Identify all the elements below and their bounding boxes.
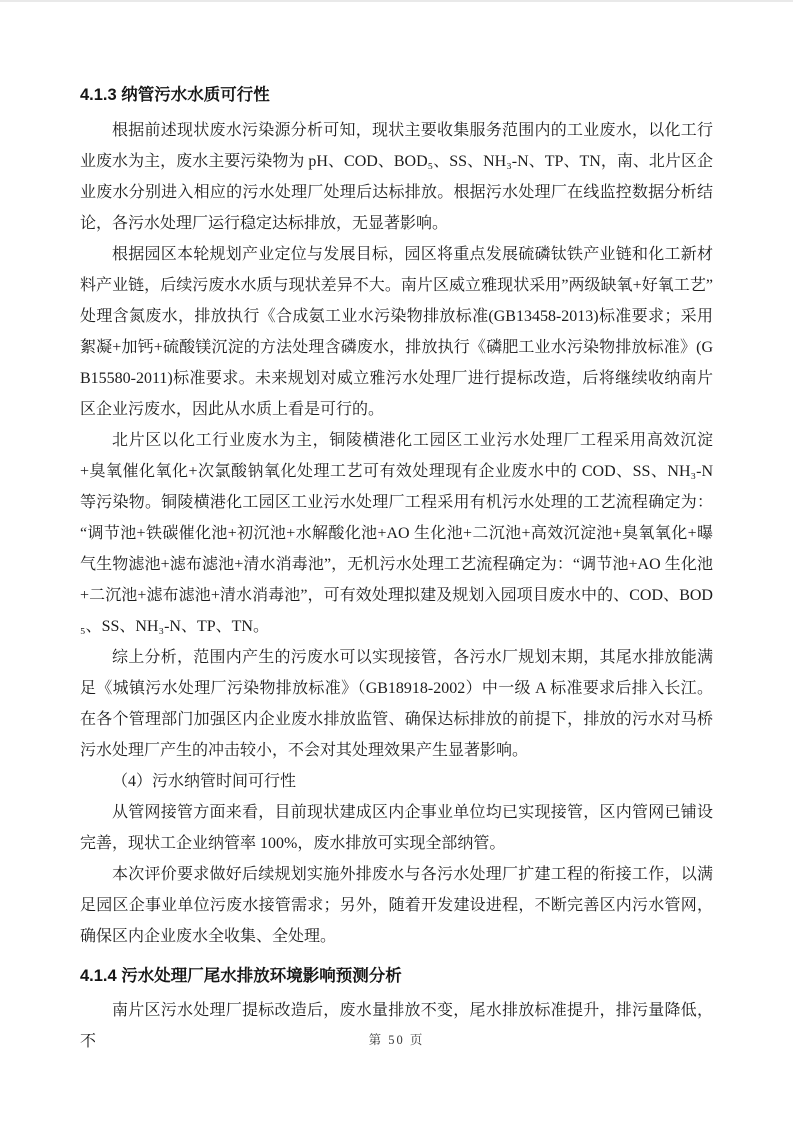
paragraph-summary-analysis: 综上分析，范围内产生的污废水可以实现接管，各污水厂规划末期，其尾水排放能满足《城… — [80, 642, 713, 766]
paragraph-north-district-treatment-process: 北片区以化工行业废水为主，铜陵横港化工园区工业污水处理厂工程采用高效沉淀+臭氧催… — [80, 425, 713, 642]
paragraph-current-pollution-sources: 根据前述现状废水污染源分析可知，现状主要收集服务范围内的工业废水，以化工行业废水… — [80, 115, 713, 239]
list-item-time-feasibility: （4）污水纳管时间可行性 — [80, 766, 713, 797]
page-top-edge — [0, 0, 793, 2]
paragraph-assessment-requirements: 本次评价要求做好后续规划实施外排废水与各污水处理厂扩建工程的衔接工作，以满足园区… — [80, 859, 713, 952]
page-number: 第 50 页 — [0, 1030, 793, 1048]
page-content: 4.1.3 纳管污水水质可行性 根据前述现状废水污染源分析可知，现状主要收集服务… — [80, 84, 713, 1057]
paragraph-pipe-network-connection: 从管网接管方面来看，目前现状建成区内企事业单位均已实现接管，区内管网已铺设完善，… — [80, 797, 713, 859]
document-page: 4.1.3 纳管污水水质可行性 根据前述现状废水污染源分析可知，现状主要收集服务… — [0, 0, 793, 1122]
paragraph-planning-industry-positioning: 根据园区本轮规划产业定位与发展目标，园区将重点发展硫磷钛铁产业链和化工新材料产业… — [80, 239, 713, 425]
section-heading-4-1-3: 4.1.3 纳管污水水质可行性 — [80, 84, 713, 106]
section-heading-4-1-4: 4.1.4 污水处理厂尾水排放环境影响预测分析 — [80, 965, 713, 987]
